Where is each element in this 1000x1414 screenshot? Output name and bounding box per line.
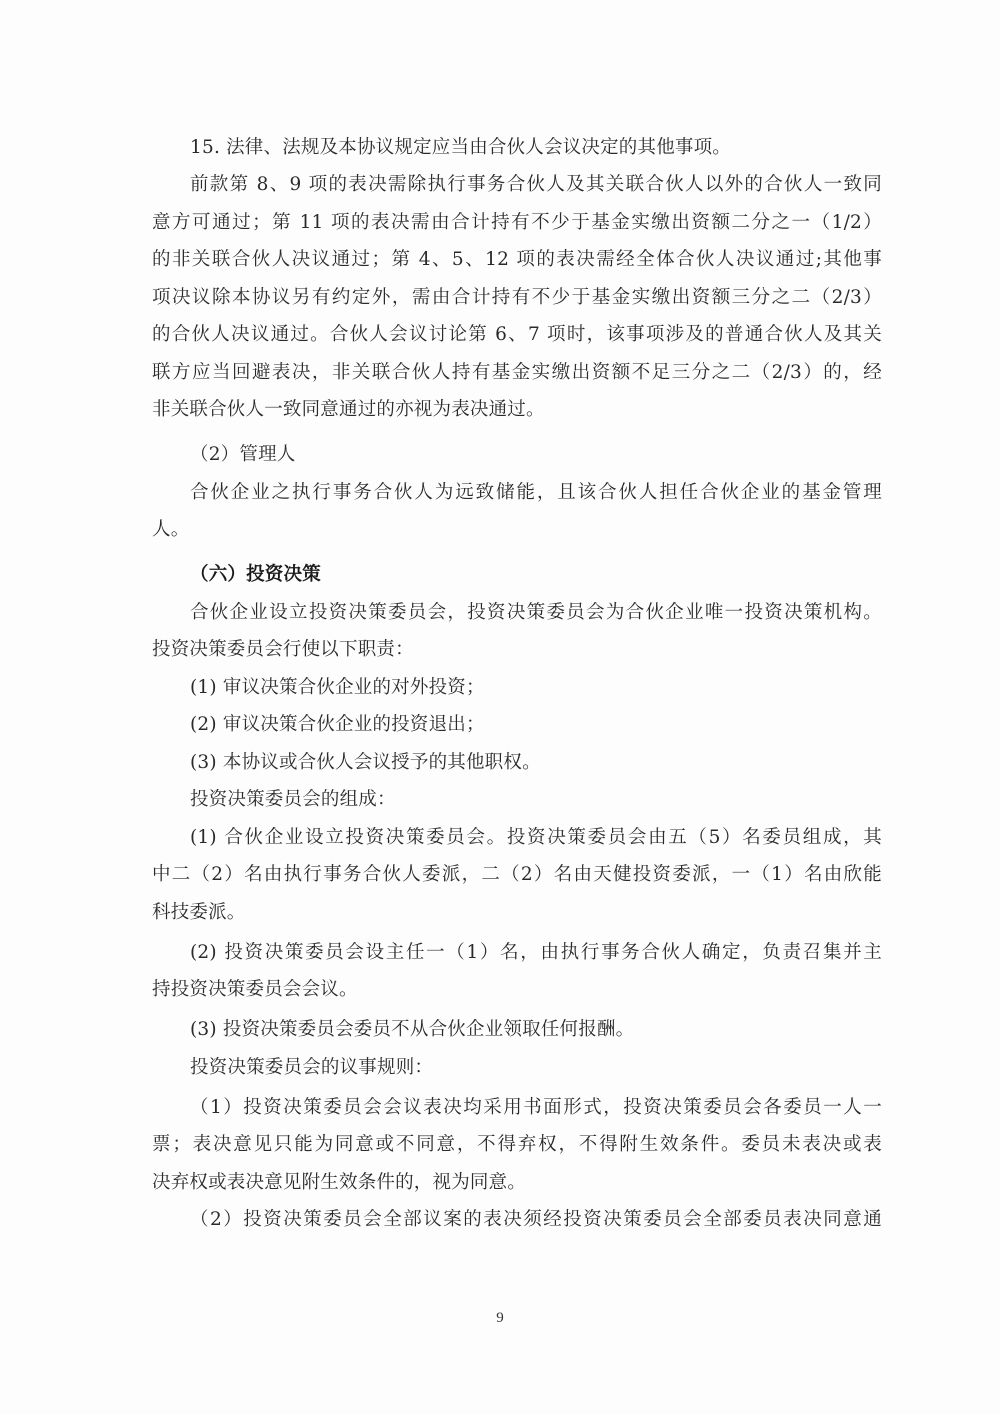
section-heading: （六）投资决策 [190, 563, 882, 587]
text-line: 中二（2）名由执行事务合伙人委派，二（2）名由天健投资委派，一（1）名由欣能 [152, 863, 882, 887]
document-page: 15. 法律、法规及本协议规定应当由合伙人会议决定的其他事项。前款第 8、9 项… [0, 0, 1000, 1414]
text-line: (2) 审议决策合伙企业的投资退出； [190, 713, 882, 737]
text-line: 的合伙人决议通过。合伙人会议讨论第 6、7 项时，该事项涉及的普通合伙人及其关 [152, 323, 882, 347]
text-line: 15. 法律、法规及本协议规定应当由合伙人会议决定的其他事项。 [190, 136, 882, 160]
text-line: 投资决策委员会的议事规则： [190, 1056, 882, 1080]
text-line: (1) 审议决策合伙企业的对外投资； [190, 676, 882, 700]
text-line: 合伙企业设立投资决策委员会，投资决策委员会为合伙企业唯一投资决策机构。 [190, 601, 882, 625]
text-line: (1) 合伙企业设立投资决策委员会。投资决策委员会由五（5）名委员组成，其 [190, 826, 882, 850]
text-line: 意方可通过；第 11 项的表决需由合计持有不少于基金实缴出资额二分之一（1/2） [152, 211, 882, 235]
text-line: 投资决策委员会行使以下职责： [152, 638, 882, 662]
text-line: 联方应当回避表决，非关联合伙人持有基金实缴出资额不足三分之二（2/3）的，经 [152, 361, 882, 385]
text-line: 决弃权或表决意见附生效条件的，视为同意。 [152, 1171, 882, 1195]
text-line: 科技委派。 [152, 901, 882, 925]
text-line: 人。 [152, 518, 882, 542]
text-line: 的非关联合伙人决议通过；第 4、5、12 项的表决需经全体合伙人决议通过;其他事 [152, 248, 882, 272]
text-line: (3) 投资决策委员会委员不从合伙企业领取任何报酬。 [190, 1018, 882, 1042]
text-line: 票；表决意见只能为同意或不同意，不得弃权，不得附生效条件。委员未表决或表 [152, 1133, 882, 1157]
text-line: （2）管理人 [190, 443, 882, 467]
text-line: 投资决策委员会的组成： [190, 788, 882, 812]
text-line: 合伙企业之执行事务合伙人为远致储能，且该合伙人担任合伙企业的基金管理 [190, 481, 882, 505]
text-line: 前款第 8、9 项的表决需除执行事务合伙人及其关联合伙人以外的合伙人一致同 [190, 173, 882, 197]
text-line: (2) 投资决策委员会设主任一（1）名，由执行事务合伙人确定，负责召集并主 [190, 941, 882, 965]
text-line: 持投资决策委员会会议。 [152, 978, 882, 1002]
page-number: 9 [0, 1310, 1000, 1327]
text-line: （2）投资决策委员会全部议案的表决须经投资决策委员会全部委员表决同意通 [190, 1208, 882, 1232]
text-line: （1）投资决策委员会会议表决均采用书面形式，投资决策委员会各委员一人一 [190, 1096, 882, 1120]
text-line: 项决议除本协议另有约定外，需由合计持有不少于基金实缴出资额三分之二（2/3） [152, 286, 882, 310]
text-line: 非关联合伙人一致同意通过的亦视为表决通过。 [152, 398, 882, 422]
text-line: (3) 本协议或合伙人会议授予的其他职权。 [190, 751, 882, 775]
